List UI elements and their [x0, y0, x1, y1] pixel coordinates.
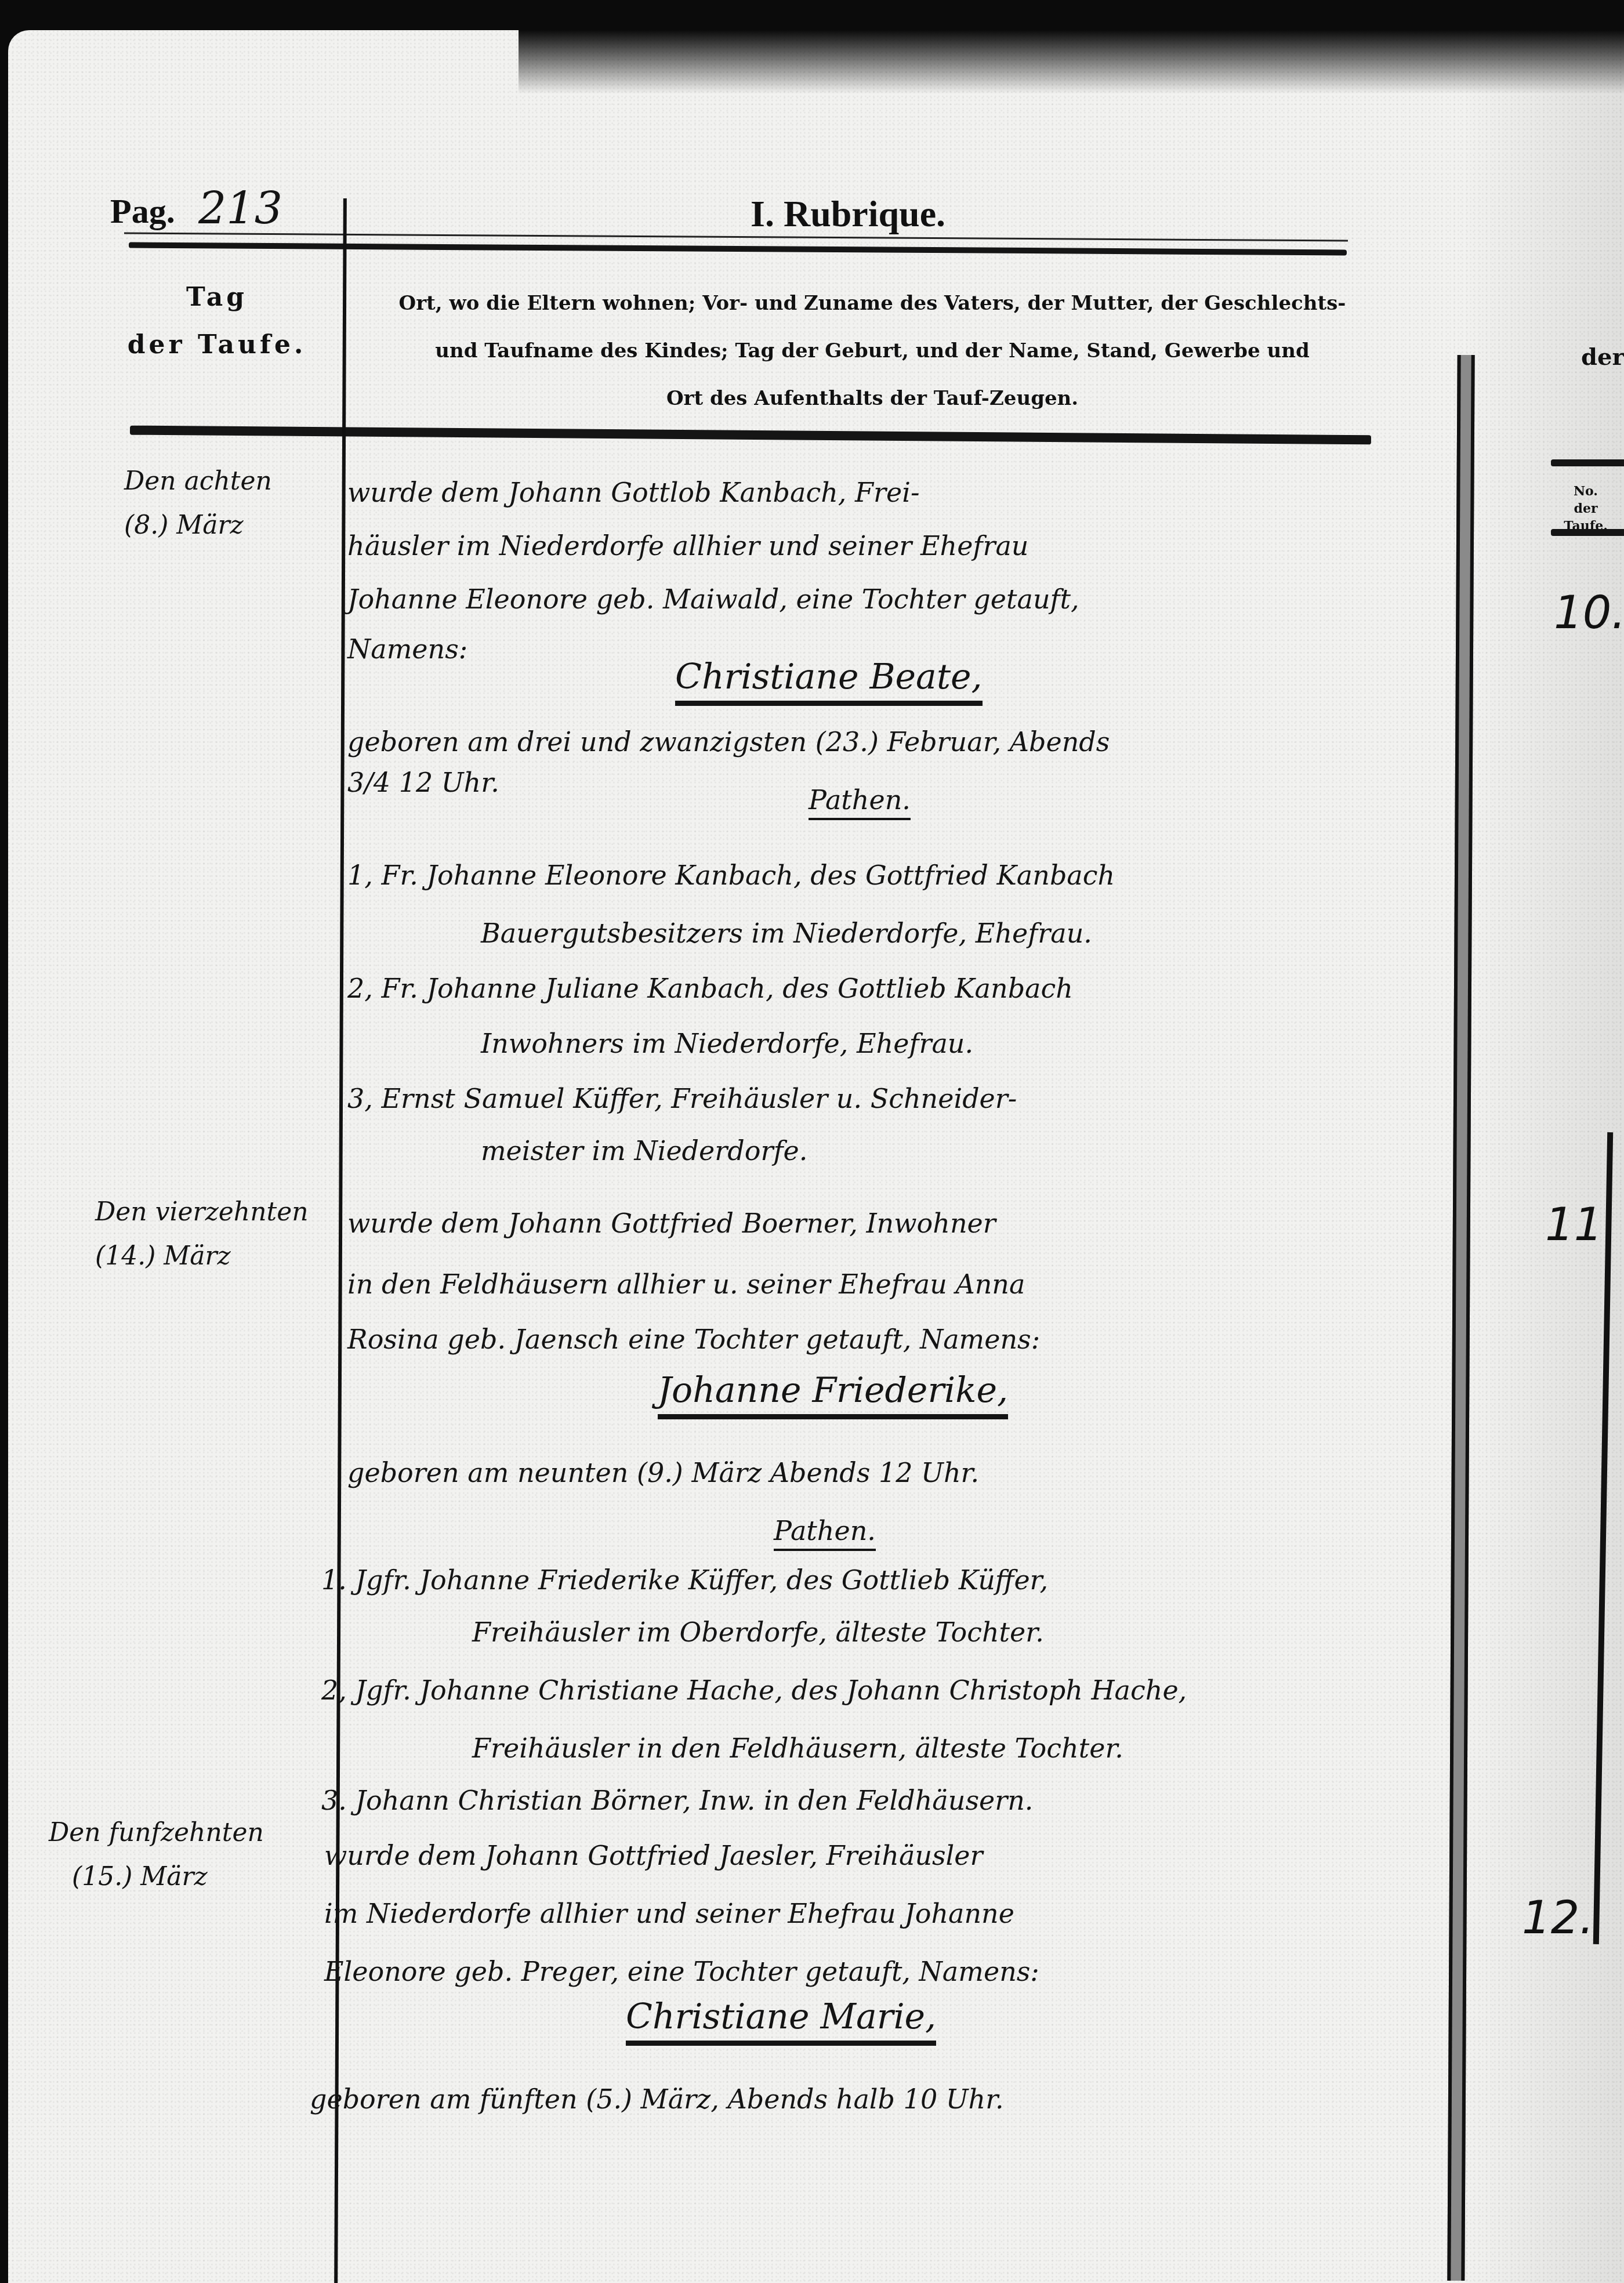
scan-shadow	[519, 30, 1624, 94]
column-header-number-line1: No.	[1545, 483, 1624, 500]
entry-10-line-1: wurde dem Johann Gottlob Kanbach, Frei-	[347, 477, 919, 508]
entry-12-line-2: im Niederdorfe allhier und seiner Ehefra…	[324, 1898, 1014, 1929]
entry-10-godparent-2a: 2, Fr. Johanne Juliane Kanbach, des Gott…	[347, 973, 1073, 1004]
column-header-number: No. der Taufe.	[1545, 483, 1624, 535]
column-header-main-line3: Ort des Aufenthalts der Tauf-Zeugen.	[356, 375, 1389, 422]
entry-10-godparent-1b: Bauergutsbesitzers im Niederdorfe, Ehefr…	[481, 918, 1092, 949]
entry-12-number: 12.	[1522, 1892, 1594, 1944]
section-title: I. Rubrique.	[751, 193, 945, 235]
entry-10-birth-2: 3/4 12 Uhr.	[347, 767, 499, 798]
entry-11-godparents-label: Pathen.	[774, 1515, 876, 1546]
entry-10-line-4: Namens:	[347, 633, 467, 665]
column-header-main: Ort, wo die Eltern wohnen; Vor- und Zuna…	[356, 280, 1389, 422]
column-header-main-line1: Ort, wo die Eltern wohnen; Vor- und Zuna…	[356, 280, 1389, 327]
register-page: Pag. 213 I. Rubrique. Tag der Taufe. Ort…	[8, 30, 1624, 2283]
entry-12-date: Den funfzehnten (15.) März	[49, 1811, 264, 1899]
entry-11-line-3: Rosina geb. Jaensch eine Tochter getauft…	[347, 1324, 1040, 1355]
entry-10-number: 10.	[1554, 587, 1624, 639]
header-rule-top-thick	[129, 242, 1347, 256]
page-number: 213	[198, 182, 282, 234]
entry-10-godparent-3b: meister im Niederdorfe.	[481, 1135, 807, 1166]
entry-11-child-name: Johanne Friederike,	[658, 1370, 1008, 1411]
column-header-number-line2: der	[1545, 500, 1624, 517]
entry-11-line-2: in den Feldhäusern allhier u. seiner Ehe…	[347, 1269, 1025, 1300]
entry-10-birth-1: geboren am drei und zwanzigsten (23.) Fe…	[347, 726, 1110, 758]
entry-12-child-name: Christiane Marie,	[626, 1996, 936, 2037]
entry-10-line-2: häusler im Niederdorfe allhier und seine…	[347, 530, 1028, 561]
entry-11-number: 11.	[1545, 1199, 1617, 1251]
entry-11-line-1: wurde dem Johann Gottfried Boerner, Inwo…	[347, 1208, 996, 1239]
header-rule-top	[124, 233, 1348, 242]
entry-10-godparents-label: Pathen.	[809, 784, 911, 816]
column-header-date-line2: der Taufe.	[107, 321, 327, 369]
entry-12-birth-1: geboren am fünften (5.) März, Abends hal…	[310, 2083, 1004, 2115]
entry-11-godparent-2b: Freihäusler in den Feldhäusern, älteste …	[472, 1733, 1123, 1764]
column-header-date-line1: Tag	[107, 274, 327, 321]
entry-10-child-name: Christiane Beate,	[675, 657, 983, 697]
entry-10-line-3: Johanne Eleonore geb. Maiwald, eine Toch…	[347, 584, 1079, 615]
entry-10-godparent-2b: Inwohners im Niederdorfe, Ehefrau.	[481, 1028, 973, 1059]
entry-11-birth-1: geboren am neunten (9.) März Abends 12 U…	[347, 1457, 979, 1488]
number-column-rule-top	[1551, 459, 1624, 466]
entry-11-godparent-2a: 2, Jgfr. Johanne Christiane Hache, des J…	[321, 1675, 1187, 1706]
header-rule-bottom	[130, 426, 1371, 445]
column-header-date: Tag der Taufe.	[107, 274, 327, 369]
entry-12-line-3: Eleonore geb. Preger, eine Tochter getau…	[324, 1956, 1039, 1987]
number-column-rule-bottom	[1551, 529, 1624, 536]
entry-12-line-1: wurde dem Johann Gottfried Jaesler, Frei…	[324, 1840, 983, 1871]
entry-11-date: Den vierzehnten (14.) März	[95, 1190, 309, 1278]
page-label: Pag.	[110, 191, 175, 231]
entry-10-godparent-1a: 1, Fr. Johanne Eleonore Kanbach, des Got…	[347, 860, 1115, 891]
entry-11-godparent-1a: 1. Jgfr. Johanne Friederike Küffer, des …	[321, 1564, 1048, 1596]
entry-10-date: Den achten (8.) März	[124, 459, 272, 548]
entry-10-godparent-3a: 3, Ernst Samuel Küffer, Freihäusler u. S…	[347, 1083, 1017, 1114]
entry-11-godparent-1b: Freihäusler im Oberdorfe, älteste Tochte…	[472, 1617, 1044, 1648]
entry-11-godparent-3: 3. Johann Christian Börner, Inw. in den …	[321, 1785, 1033, 1816]
column-header-main-line2: und Taufname des Kindes; Tag der Geburt,…	[356, 327, 1389, 375]
column-header-right-fragment: der	[1581, 343, 1624, 371]
